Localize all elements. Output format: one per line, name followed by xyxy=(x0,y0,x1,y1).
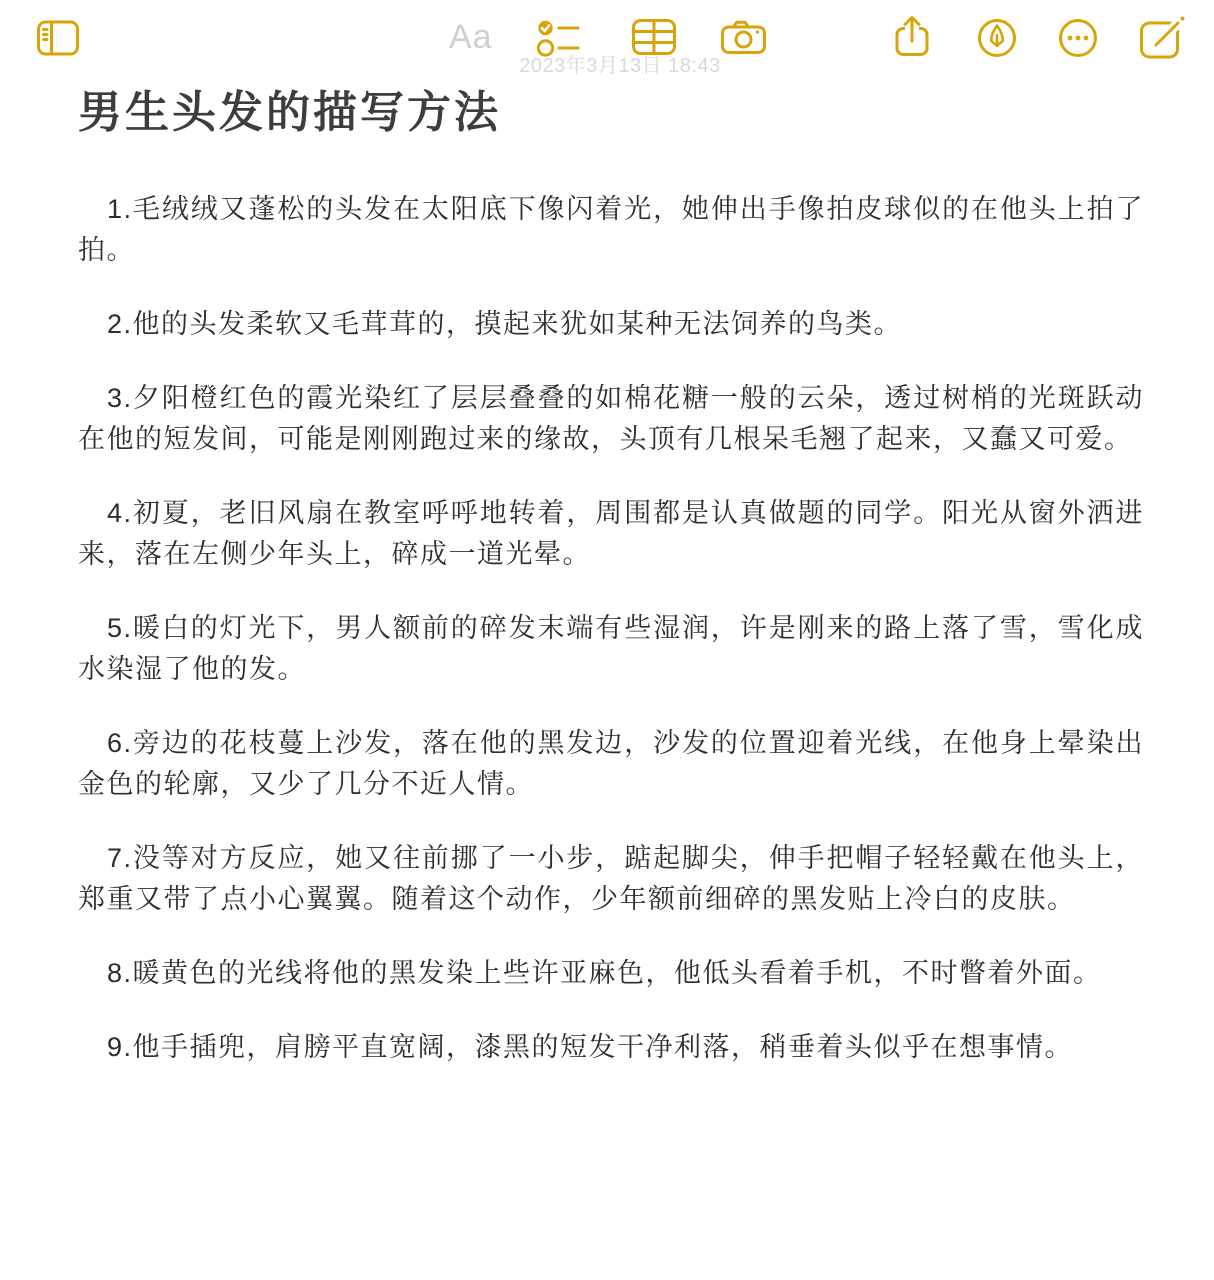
markup-button[interactable] xyxy=(976,17,1018,59)
camera-icon xyxy=(720,19,767,55)
ellipsis-icon xyxy=(1057,17,1099,59)
note-paragraph-6[interactable]: 6.旁边的花枝蔓上沙发，落在他的黑发边，沙发的位置迎着光线，在他身上晕染出金色的… xyxy=(78,723,1144,805)
note-paragraph-3[interactable]: 3.夕阳橙红色的霞光染红了层层叠叠的如棉花糖一般的云朵，透过树梢的光斑跃动在他的… xyxy=(78,378,1144,460)
note-paragraph-5[interactable]: 5.暖白的灯光下，男人额前的碎发末端有些湿润，许是刚来的路上落了雪，雪化成水染湿… xyxy=(78,608,1144,690)
share-button[interactable] xyxy=(893,14,931,58)
note-title[interactable]: 男生头发的描写方法 xyxy=(78,88,1144,138)
note-paragraph-4[interactable]: 4.初夏，老旧风扇在教室呼呼地转着，周围都是认真做题的同学。阳光从窗外洒进来，落… xyxy=(78,493,1144,575)
sidebar-toggle-icon xyxy=(36,19,80,57)
notes-app-page: 2023年3月13日 18:43 Aa xyxy=(0,0,1214,1280)
table-button[interactable] xyxy=(631,18,677,56)
text-format-label: Aa xyxy=(449,18,493,56)
more-button[interactable] xyxy=(1057,17,1099,59)
note-paragraph-1[interactable]: 1.毛绒绒又蓬松的头发在太阳底下像闪着光，她伸出手像拍皮球似的在他头上拍了拍。 xyxy=(78,189,1144,271)
checklist-icon xyxy=(536,17,582,59)
compose-button[interactable] xyxy=(1139,14,1186,60)
table-icon xyxy=(631,18,677,56)
note-paragraph-9[interactable]: 9.他手插兜，肩膀平直宽阔，漆黑的短发干净利落，稍垂着头似乎在想事情。 xyxy=(78,1027,1144,1068)
camera-button[interactable] xyxy=(720,19,767,55)
share-icon xyxy=(893,14,931,58)
text-format-button[interactable]: Aa xyxy=(449,18,493,56)
note-paragraph-8[interactable]: 8.暖黄色的光线将他的黑发染上些许亚麻色，他低头看着手机，不时瞥着外面。 xyxy=(78,953,1144,994)
compose-icon xyxy=(1139,14,1186,60)
note-paragraph-7[interactable]: 7.没等对方反应，她又往前挪了一小步，踮起脚尖，伸手把帽子轻轻戴在他头上，郑重又… xyxy=(78,838,1144,920)
note-editor[interactable]: 1.毛绒绒又蓬松的头发在太阳底下像闪着光，她伸出手像拍皮球似的在他头上拍了拍。 … xyxy=(78,189,1144,1101)
sidebar-toggle-button[interactable] xyxy=(36,19,80,57)
markup-pen-icon xyxy=(976,17,1018,59)
checklist-button[interactable] xyxy=(536,17,582,59)
note-paragraph-2[interactable]: 2.他的头发柔软又毛茸茸的，摸起来犹如某种无法饲养的鸟类。 xyxy=(78,304,1144,345)
